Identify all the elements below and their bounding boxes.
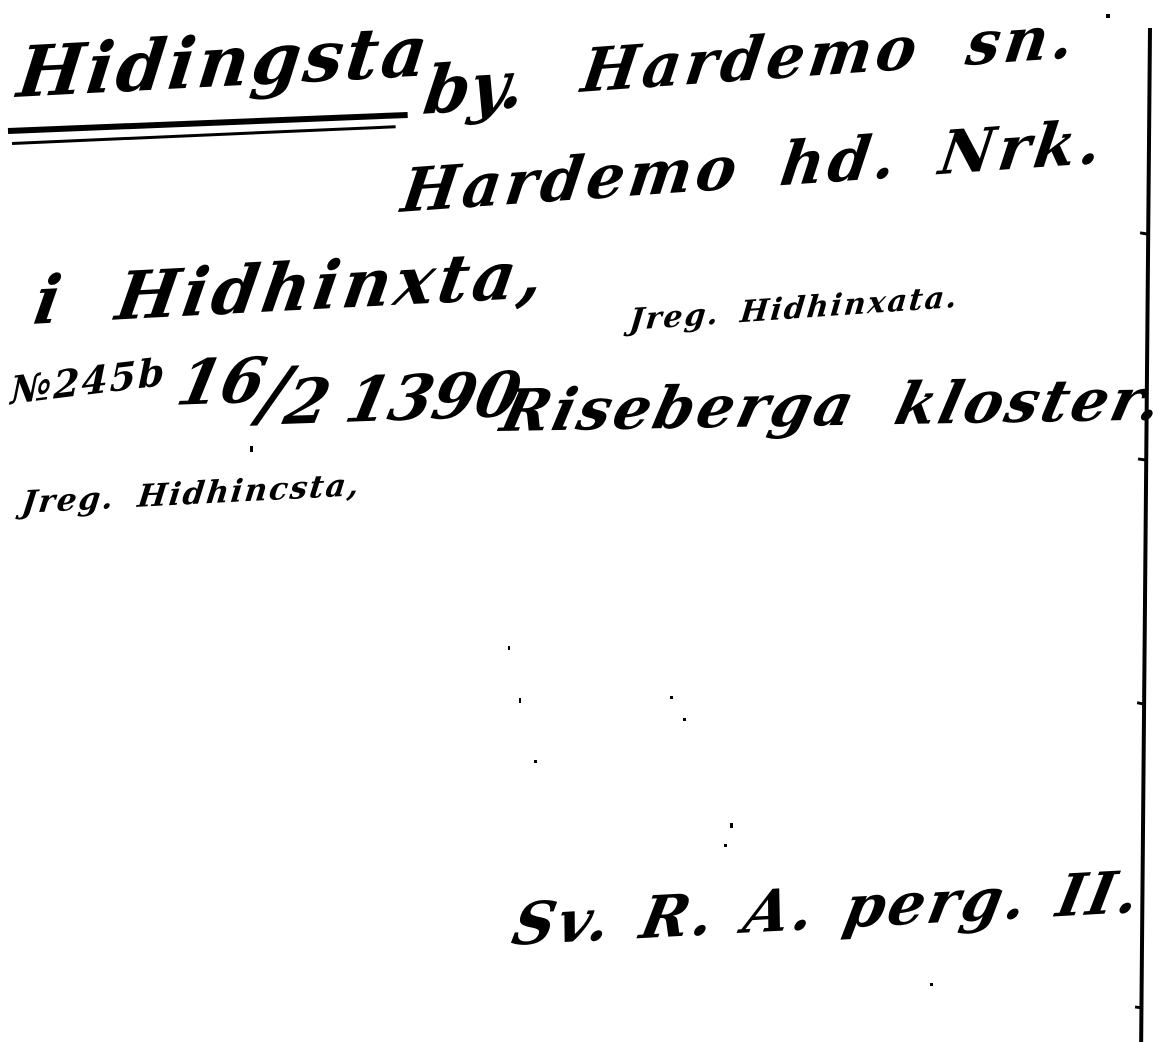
scan-speck: [930, 983, 933, 986]
date-day: 16: [171, 343, 273, 420]
parish-label: Hardemo sn.: [578, 7, 1081, 102]
attestation-phrase: i Hidhinxta,: [30, 241, 552, 334]
document-date: 16/21390: [168, 349, 529, 433]
headword-underline-top: [8, 112, 408, 134]
scan-speck: [683, 718, 686, 721]
scan-speck: [534, 760, 537, 763]
scan-speck: [519, 698, 521, 703]
scan-tick: [1140, 231, 1148, 235]
scan-tick: [1138, 457, 1146, 461]
issuer-label: Riseberga kloster.: [496, 370, 1158, 440]
scan-speck: [250, 446, 253, 452]
archive-card: Hidingsta by. Hardemo sn. Hardemo hd. Nr…: [0, 0, 1158, 1042]
scan-tick: [1135, 1005, 1143, 1009]
record-number: №245b: [10, 352, 167, 410]
archive-signature: Sv. R. A. perg. II.: [508, 862, 1147, 954]
scan-speck: [670, 696, 673, 699]
scan-speck: [724, 844, 727, 847]
register-note: Jreg. Hidhincsta,: [20, 470, 362, 519]
scan-speck: [508, 646, 510, 650]
scan-speck: [1034, 48, 1038, 51]
scan-tick: [1137, 701, 1145, 706]
scan-speck: [1106, 14, 1110, 18]
scan-speck: [730, 823, 733, 828]
headword: Hidingsta: [14, 16, 434, 108]
district-province-label: Hardemo hd. Nrk.: [398, 112, 1109, 222]
headword-note: by.: [420, 50, 529, 124]
attestation-register-note: Jreg. Hidhinxata.: [628, 283, 960, 336]
scan-border-line: [1139, 28, 1152, 1042]
